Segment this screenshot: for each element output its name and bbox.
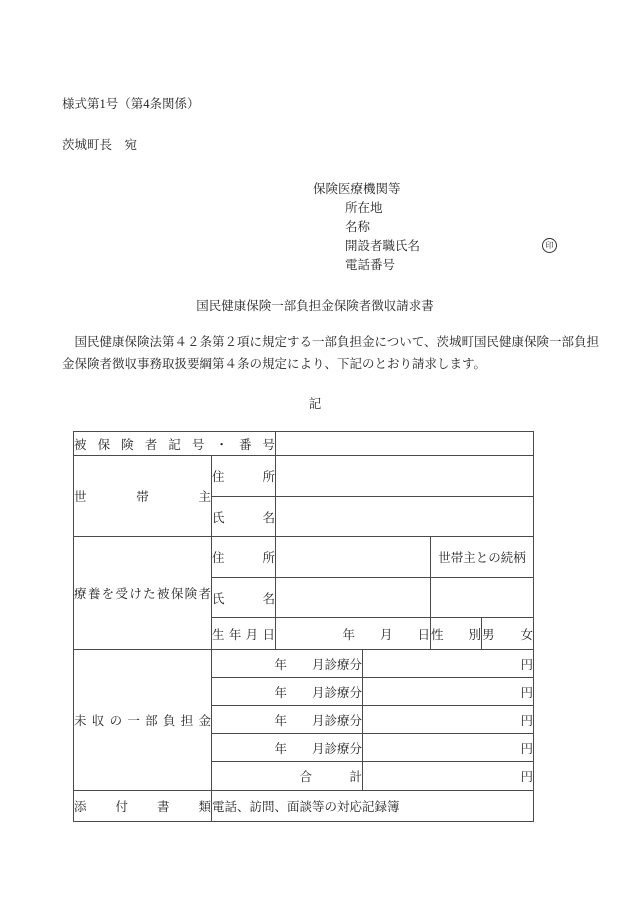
- insured-symbol-value-cell: [276, 432, 534, 456]
- sex-label-cell: 性別: [431, 618, 482, 650]
- unpaid-period-cell: 年 月診療分: [212, 734, 363, 762]
- provider-field-name: 名称: [345, 220, 370, 235]
- householder-name-value-cell: [276, 497, 534, 537]
- document-page: 様式第1号（第4条関係） 茨城町長 宛 保険医療機関等 所在地 名称 開設者職氏…: [0, 0, 630, 903]
- form-number: 様式第1号（第4条関係）: [62, 97, 200, 112]
- body-paragraph-line-1: 国民健康保険法第４２条第２項に規定する一部負担金について、茨城町国民健康保険一部…: [62, 335, 599, 350]
- householder-address-label-cell: 住所: [212, 456, 276, 497]
- record-marker: 記: [40, 394, 590, 412]
- total-amount-cell: 円: [363, 762, 534, 791]
- table-row: 被保険者記号・番号: [74, 432, 534, 456]
- patient-address-label-cell: 住所: [212, 537, 276, 578]
- unpaid-period-cell: 年 月診療分: [212, 706, 363, 734]
- table-row: 添付書類 電話、訪問、面談等の対応記録簿: [74, 791, 534, 822]
- request-table: 被保険者記号・番号 世帯主 住所 氏名 療養を受けた被保険者 住所 世帯主との続…: [73, 431, 534, 822]
- householder-label-cell: 世帯主: [74, 456, 212, 537]
- table-row: 療養を受けた被保険者 住所 世帯主との続柄: [74, 537, 534, 578]
- attachments-value-cell: 電話、訪問、面談等の対応記録簿: [212, 791, 534, 822]
- provider-field-location: 所在地: [345, 201, 383, 216]
- unpaid-period-cell: 年 月診療分: [212, 650, 363, 678]
- householder-address-value-cell: [276, 456, 534, 497]
- table-row: 未収の一部負担金 年 月診療分 円: [74, 650, 534, 678]
- patient-label-cell: 療養を受けた被保険者: [74, 537, 212, 650]
- sex-value-cell: 男 女: [482, 618, 534, 650]
- table-row: 世帯主 住所: [74, 456, 534, 497]
- relation-header-cell: 世帯主との続柄: [431, 537, 534, 578]
- birthdate-value-cell: 年 月 日: [276, 618, 431, 650]
- provider-field-phone: 電話番号: [345, 258, 395, 273]
- unpaid-amount-cell: 円: [363, 678, 534, 706]
- unpaid-amount-cell: 円: [363, 650, 534, 678]
- attachments-label-cell: 添付書類: [74, 791, 212, 822]
- document-title: 国民健康保険一部負担金保険者徴収請求書: [40, 296, 590, 314]
- body-paragraph-line-2: 金保険者徴収事務取扱要綱第４条の規定により、下記のとおり請求します。: [62, 357, 486, 372]
- unpaid-period-cell: 年 月診療分: [212, 678, 363, 706]
- patient-name-value-cell: [276, 578, 431, 618]
- relation-value-cell: [431, 578, 534, 618]
- provider-field-founder: 開設者職氏名: [345, 239, 420, 254]
- insured-symbol-label-cell: 被保険者記号・番号: [74, 432, 276, 456]
- patient-name-label-cell: 氏名: [212, 578, 276, 618]
- birthdate-label-cell: 生年月日: [212, 618, 276, 650]
- addressee: 茨城町長 宛: [62, 138, 137, 153]
- unpaid-label-cell: 未収の一部負担金: [74, 650, 212, 791]
- provider-heading: 保険医療機関等: [313, 182, 401, 197]
- unpaid-amount-cell: 円: [363, 706, 534, 734]
- householder-name-label-cell: 氏名: [212, 497, 276, 537]
- unpaid-amount-cell: 円: [363, 734, 534, 762]
- seal-icon: 印: [542, 238, 557, 253]
- total-label-cell: 合 計: [212, 762, 363, 791]
- patient-address-value-cell: [276, 537, 431, 578]
